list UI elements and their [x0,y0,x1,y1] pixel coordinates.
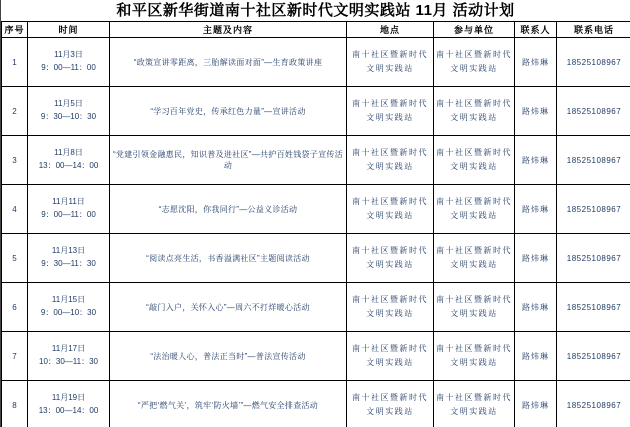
cell-theme: “敲门入户，关怀入心”—周六不打烊暖心活动 [110,283,347,332]
cell-theme: “政策宣讲零距离，三胎解读面对面”—生育政策讲座 [110,38,347,87]
cell-phone: 18525108967 [557,38,630,87]
cell-location: 南十社区暨新时代文明实践站 [347,332,434,381]
cell-contact: 路炜琳 [515,332,557,381]
cell-org: 南十社区暨新时代文明实践站 [434,185,515,234]
cell-contact: 路炜琳 [515,381,557,427]
column-header-time: 时间 [28,22,110,38]
cell-phone: 18525108967 [557,234,630,283]
cell-serial-number: 4 [2,185,28,234]
table-body: 1 11月3日 9：00—11：00 “政策宣讲零距离，三胎解读面对面”—生育政… [2,38,630,427]
header-row: 序号 时间 主题及内容 地点 参与单位 联系人 联系电话 [2,22,630,38]
cell-contact: 路炜琳 [515,234,557,283]
cell-theme: “志愿沈阳，你我同行”—公益义诊活动 [110,185,347,234]
cell-contact: 路炜琳 [515,185,557,234]
activity-hours: 13：00—14：00 [30,405,107,418]
cell-org: 南十社区暨新时代文明实践站 [434,136,515,185]
cell-time: 11月8日 13：00—14：00 [28,136,110,185]
cell-time: 11月15日 9：00—10：30 [28,283,110,332]
column-header-theme: 主题及内容 [110,22,347,38]
cell-contact: 路炜琳 [515,38,557,87]
cell-theme: “学习百年党史，传承红色力量”—宣讲活动 [110,87,347,136]
cell-phone: 18525108967 [557,381,630,427]
activity-date: 11月19日 [30,392,107,405]
cell-serial-number: 3 [2,136,28,185]
activity-date: 11月3日 [30,49,107,62]
column-header-phone: 联系电话 [557,22,630,38]
cell-time: 11月11日 9：00—11：00 [28,185,110,234]
cell-time: 11月3日 9：00—11：00 [28,38,110,87]
activity-date: 11月11日 [30,196,107,209]
activity-hours: 9：00—11：00 [30,62,107,75]
cell-location: 南十社区暨新时代文明实践站 [347,234,434,283]
activity-hours: 9：30—11：30 [30,258,107,271]
activity-hours: 9：30—10：30 [30,111,107,124]
cell-contact: 路炜琳 [515,283,557,332]
table-row: 5 11月13日 9：30—11：30 “阅读点亮生活，书香溢满社区”主题阅读活… [2,234,630,283]
cell-phone: 18525108967 [557,185,630,234]
table-row: 8 11月19日 13：00—14：00 “严把‘燃气关’，筑牢‘防火墙’”—燃… [2,381,630,427]
cell-serial-number: 7 [2,332,28,381]
cell-location: 南十社区暨新时代文明实践站 [347,38,434,87]
table-row: 4 11月11日 9：00—11：00 “志愿沈阳，你我同行”—公益义诊活动 南… [2,185,630,234]
column-header-location: 地点 [347,22,434,38]
cell-org: 南十社区暨新时代文明实践站 [434,332,515,381]
cell-org: 南十社区暨新时代文明实践站 [434,87,515,136]
cell-time: 11月17日 10：30—11：30 [28,332,110,381]
cell-org: 南十社区暨新时代文明实践站 [434,381,515,427]
cell-serial-number: 2 [2,87,28,136]
cell-time: 11月5日 9：30—10：30 [28,87,110,136]
table-row: 6 11月15日 9：00—10：30 “敲门入户，关怀入心”—周六不打烊暖心活… [2,283,630,332]
cell-phone: 18525108967 [557,332,630,381]
cell-location: 南十社区暨新时代文明实践站 [347,87,434,136]
activity-hours: 9：00—10：30 [30,307,107,320]
column-header-contact: 联系人 [515,22,557,38]
activity-date: 11月8日 [30,147,107,160]
activity-date: 11月15日 [30,294,107,307]
cell-phone: 18525108967 [557,87,630,136]
table-row: 3 11月8日 13：00—14：00 “党建引领金融惠民，知识普及进社区”—共… [2,136,630,185]
cell-time: 11月19日 13：00—14：00 [28,381,110,427]
cell-theme: “党建引领金融惠民，知识普及进社区”—共护百姓钱袋子宣传活动 [110,136,347,185]
cell-org: 南十社区暨新时代文明实践站 [434,283,515,332]
cell-phone: 18525108967 [557,136,630,185]
page-title: 和平区新华街道南十社区新时代文明实践站 11月 活动计划 [1,0,630,21]
cell-contact: 路炜琳 [515,87,557,136]
column-header-org: 参与单位 [434,22,515,38]
cell-theme: “法治暖人心，普法正当时”—普法宣传活动 [110,332,347,381]
activity-plan-sheet: 和平区新华街道南十社区新时代文明实践站 11月 活动计划 序号 时间 主题及内容… [0,0,630,427]
cell-serial-number: 6 [2,283,28,332]
cell-theme: “严把‘燃气关’，筑牢‘防火墙’”—燃气安全排查活动 [110,381,347,427]
activity-date: 11月17日 [30,343,107,356]
table-row: 2 11月5日 9：30—10：30 “学习百年党史，传承红色力量”—宣讲活动 … [2,87,630,136]
activity-date: 11月5日 [30,98,107,111]
cell-location: 南十社区暨新时代文明实践站 [347,381,434,427]
activity-hours: 10：30—11：30 [30,356,107,369]
activity-table: 序号 时间 主题及内容 地点 参与单位 联系人 联系电话 1 11月3日 9：0… [1,21,630,427]
cell-serial-number: 1 [2,38,28,87]
table-row: 7 11月17日 10：30—11：30 “法治暖人心，普法正当时”—普法宣传活… [2,332,630,381]
cell-theme: “阅读点亮生活，书香溢满社区”主题阅读活动 [110,234,347,283]
cell-time: 11月13日 9：30—11：30 [28,234,110,283]
activity-hours: 9：00—11：00 [30,209,107,222]
cell-org: 南十社区暨新时代文明实践站 [434,234,515,283]
cell-serial-number: 8 [2,381,28,427]
activity-hours: 13：00—14：00 [30,160,107,173]
cell-contact: 路炜琳 [515,136,557,185]
cell-location: 南十社区暨新时代文明实践站 [347,283,434,332]
cell-org: 南十社区暨新时代文明实践站 [434,38,515,87]
cell-location: 南十社区暨新时代文明实践站 [347,136,434,185]
cell-serial-number: 5 [2,234,28,283]
table-row: 1 11月3日 9：00—11：00 “政策宣讲零距离，三胎解读面对面”—生育政… [2,38,630,87]
cell-location: 南十社区暨新时代文明实践站 [347,185,434,234]
activity-date: 11月13日 [30,245,107,258]
cell-phone: 18525108967 [557,283,630,332]
column-header-no: 序号 [2,22,28,38]
